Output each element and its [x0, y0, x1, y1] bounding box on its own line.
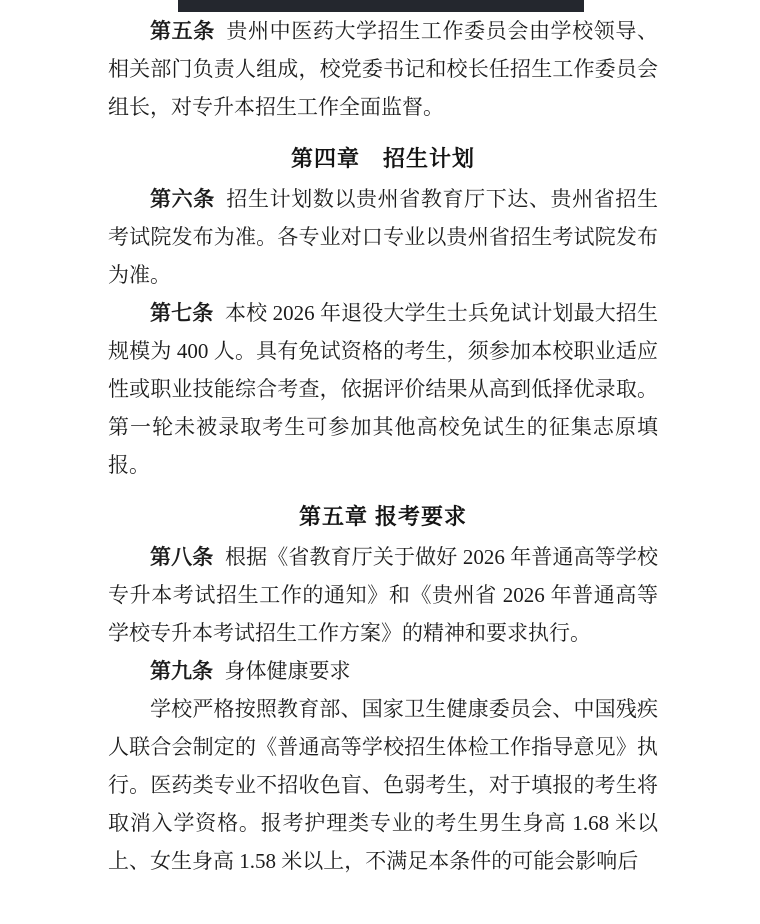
article-7-text: 本校 2026 年退役大学生士兵免试计划最大招生规模为 400 人。具有免试资格… [108, 301, 658, 477]
health-requirements-paragraph: 学校严格按照教育部、国家卫生健康委员会、中国残疾人联合会制定的《普通高等学校招生… [108, 690, 658, 880]
article-9-text: 身体健康要求 [225, 659, 351, 683]
article-7-label: 第七条 [150, 301, 213, 325]
article-8-label: 第八条 [150, 545, 213, 569]
article-9-label: 第九条 [150, 659, 213, 683]
article-6-paragraph: 第六条招生计划数以贵州省教育厅下达、贵州省招生考试院发布为准。各专业对口专业以贵… [108, 180, 658, 294]
article-5-paragraph: 第五条贵州中医药大学招生工作委员会由学校领导、相关部门负责人组成，校党委书记和校… [108, 12, 658, 126]
dark-banner-bottom-edge [178, 0, 584, 12]
chapter-4-heading: 第四章 招生计划 [108, 140, 658, 178]
chapter-5-heading: 第五章 报考要求 [108, 498, 658, 536]
article-6-label: 第六条 [150, 187, 215, 211]
article-8-paragraph: 第八条根据《省教育厅关于做好 2026 年普通高等学校专升本考试招生工作的通知》… [108, 538, 658, 652]
health-requirements-text: 学校严格按照教育部、国家卫生健康委员会、中国残疾人联合会制定的《普通高等学校招生… [108, 697, 658, 873]
article-5-label: 第五条 [150, 19, 215, 43]
document-page: 第五条贵州中医药大学招生工作委员会由学校领导、相关部门负责人组成，校党委书记和校… [0, 0, 760, 924]
article-7-paragraph: 第七条本校 2026 年退役大学生士兵免试计划最大招生规模为 400 人。具有免… [108, 294, 658, 484]
article-9-paragraph: 第九条身体健康要求 [108, 652, 658, 690]
